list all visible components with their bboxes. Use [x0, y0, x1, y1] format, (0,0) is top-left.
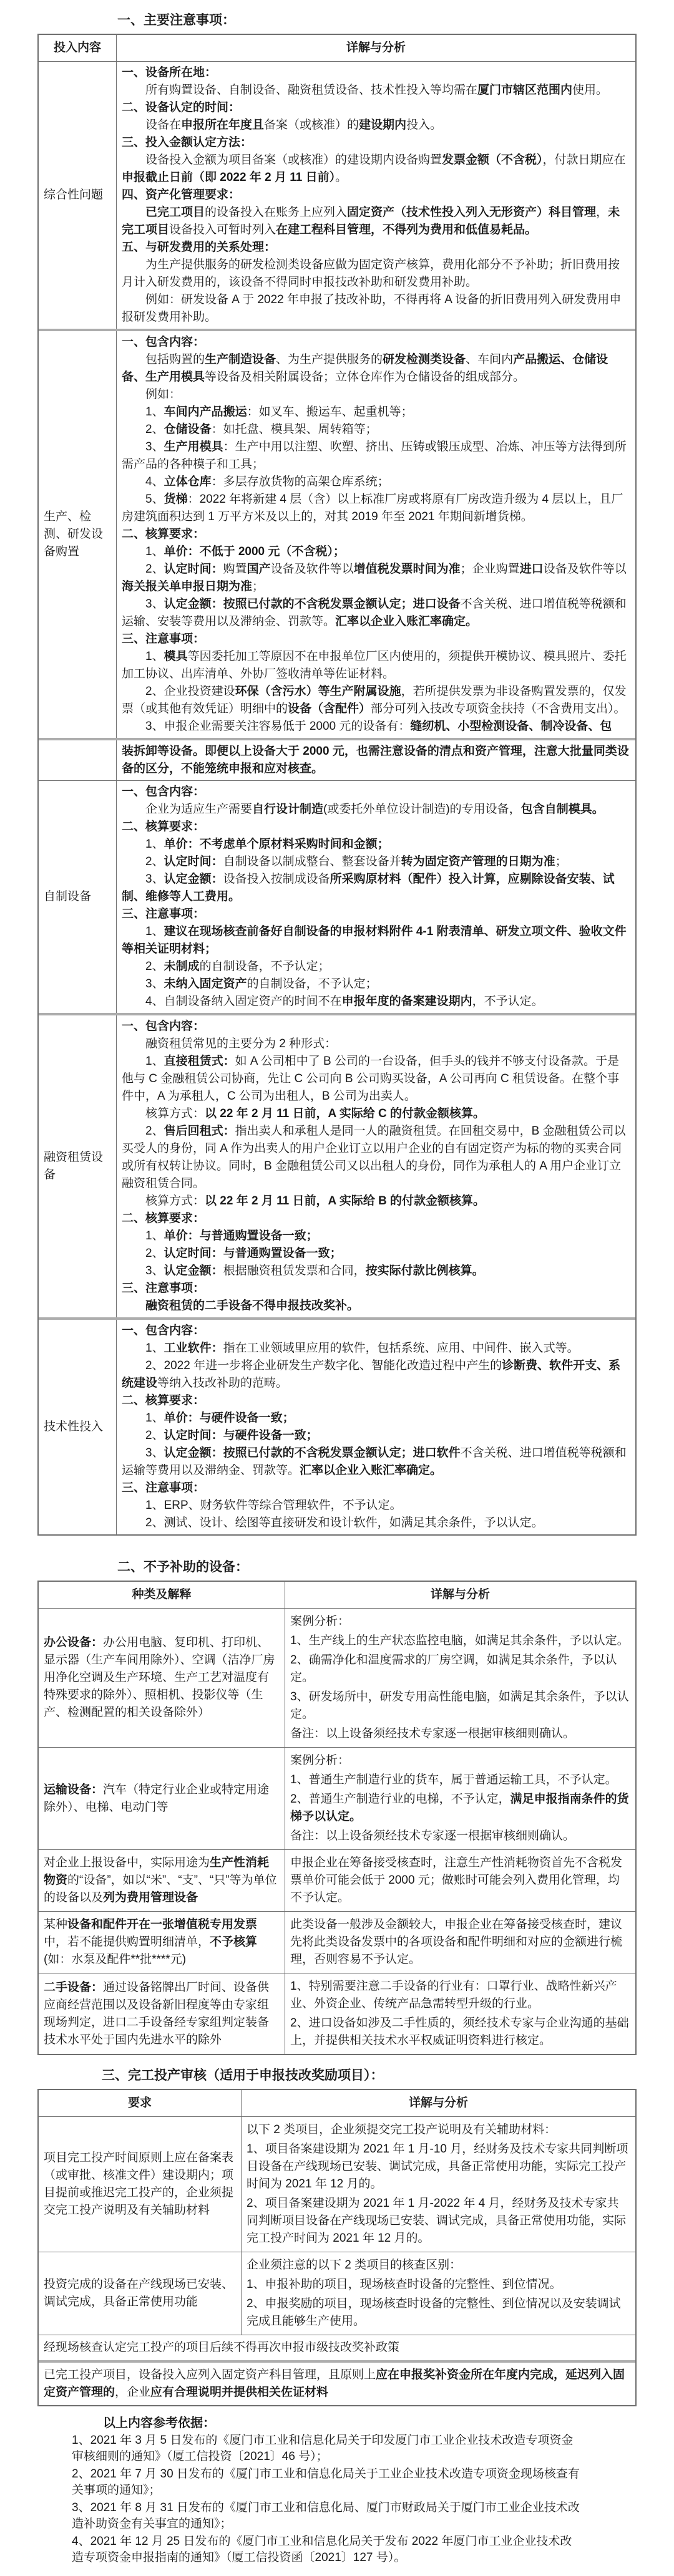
paragraph: 3、认定金额：设备投入按制成设备所采购原材料（配件）投入计算，应剔除设备安装、试…: [122, 871, 630, 906]
paragraph: 3、未纳入固定资产的自制设备，不予认定；: [122, 976, 630, 993]
row-label: [39, 740, 117, 780]
paragraph: 三、注意事项：: [122, 906, 630, 923]
paragraph: 备注：以上设备须经技术专家逐一根据审核细则确认。: [290, 1828, 630, 1845]
row-label: 办公设备：办公用电脑、复印机、打印机、显示器（生产车间用除外）、空调（洁净厂房用…: [39, 1609, 285, 1747]
main-notes-table: 投入内容详解与分析综合性问题一、设备所在地：所有购置设备、自制设备、融资租赁设备…: [37, 34, 637, 1536]
row-label: 融资租赁设备: [39, 1015, 117, 1317]
table-row: 二手设备：通过设备铭牌出厂时间、设备供应商经营范围以及设备新旧程度等由专家组现场…: [39, 1973, 635, 2054]
row-label: 生产、检测、研发设备购置: [39, 331, 117, 738]
paragraph: 一、包含内容：: [122, 1322, 630, 1340]
paragraph: 3、生产用模具：生产中用以注塑、吹塑、挤出、压铸或锻压成型、冶炼、冲压等方法得到…: [122, 438, 630, 473]
paragraph: 融资租赁的二手设备不得申报技改奖补。: [122, 1297, 630, 1315]
paragraph: 投资完成的设备在产线现场已安装、调试完成，具备正常使用功能: [44, 2276, 236, 2311]
paragraph: 一、包含内容：: [122, 783, 630, 801]
table-row: 经现场核查认定完工投产的项目后续不得再次申报市级技改奖补政策: [39, 2335, 635, 2360]
paragraph: 1、ERP、财务软件等综合管理软件，不予认定。: [122, 1497, 630, 1514]
section2-title: 二、不予补助的设备：: [37, 1557, 637, 1576]
paragraph: 项目完工投产时间原则上应在备案表（或审批、核准文件）建设期内；项目提前或推迟完工…: [44, 2149, 236, 2219]
table-row: 融资租赁设备一、包含内容：融资租赁常见的主要分为 2 种形式：1、直接租赁式：如…: [39, 1013, 635, 1317]
row-label: 运输设备：汽车（特定行业企业或特定用途除外）、电梯、电动门等: [39, 1748, 285, 1849]
document-page: 一、主要注意事项： 投入内容详解与分析综合性问题一、设备所在地：所有购置设备、自…: [0, 0, 674, 2576]
column-header: 详解与分析: [285, 1582, 635, 1608]
paragraph: 1、生产线上的生产状态监控电脑，如满足其余条件，予以认定。: [290, 1632, 630, 1650]
paragraph: 2、项目备案建设期为 2021 年 1 月-2022 年 4 月，经财务及技术专…: [247, 2195, 630, 2247]
paragraph: 2、测试、设计、绘图等直接研发和设计软件，如满足其余条件，予以认定。: [122, 1514, 630, 1532]
paragraph: 三、注意事项：: [122, 1479, 630, 1497]
paragraph: 2、普通生产制造行业的电梯，不予认定，满足申报指南条件的货梯予以认定。: [290, 1791, 630, 1826]
completion-review-table: 要求详解与分析项目完工投产时间原则上应在备案表（或审批、核准文件）建设期内；项目…: [37, 2089, 637, 2406]
table-row: 对企业上报设备中，实际用途为生产性消耗物资的“设备”，如以“米”、“支”、“只”…: [39, 1849, 635, 1911]
table-row: 项目完工投产时间原则上应在备案表（或审批、核准文件）建设期内；项目提前或推迟完工…: [39, 2116, 635, 2252]
column-header: 详解与分析: [117, 35, 635, 61]
column-header: 投入内容: [39, 35, 117, 61]
paragraph: 三、投入金额认定方法：: [122, 134, 630, 152]
row-content: 此类设备一般涉及金额较大，申报企业在筹备接受核查时，建议先将此类设备发票中的各项…: [285, 1912, 635, 1973]
paragraph: 运输设备：汽车（特定行业企业或特定用途除外）、电梯、电动门等: [44, 1781, 280, 1816]
row-label: 投资完成的设备在产线现场已安装、调试完成，具备正常使用功能: [39, 2252, 242, 2335]
table-row: 投资完成的设备在产线现场已安装、调试完成，具备正常使用功能企业须注意的以下 2 …: [39, 2252, 635, 2335]
paragraph: 以下 2 类项目，企业须提交完工投产说明及有关辅助材料：: [247, 2121, 630, 2139]
reference-item: 1、2021 年 3 月 5 日发布的《厦门市工业和信息化局关于印发厦门市工业企…: [72, 2433, 584, 2465]
paragraph: 核算方式：以 22 年 2 月 11 日前，A 实际给 C 的付款金额核算。: [122, 1105, 630, 1123]
paragraph: 1、直接租赁式：如 A 公司相中了 B 公司的一台设备，但手头的钱并不够支付设备…: [122, 1053, 630, 1105]
paragraph: 1、建议在现场核查前备好自制设备的申报材料附件 4-1 附表清单、研发立项文件、…: [122, 923, 630, 958]
row-content: 案例分析：1、普通生产制造行业的货车，属于普通运输工具，不予认定。2、普通生产制…: [285, 1748, 635, 1849]
row-label: 二手设备：通过设备铭牌出厂时间、设备供应商经营范围以及设备新旧程度等由专家组现场…: [39, 1973, 285, 2054]
paragraph: 4、自制设备纳入固定资产的时间不在申报年度的备案建设期内，不予认定。: [122, 993, 630, 1010]
paragraph: 1、单价：不考虑单个原材料采购时间和金额；: [122, 836, 630, 853]
paragraph: 二手设备：通过设备铭牌出厂时间、设备供应商经营范围以及设备新旧程度等由专家组现场…: [44, 1979, 280, 2049]
row-content: 1、特别需要注意二手设备的行业有：口罩行业、战略性新兴产业、外资企业、传统产品急…: [285, 1973, 635, 2054]
paragraph: 五、与研发费用的关系处理：: [122, 239, 630, 256]
row-content: 一、包含内容：包括购置的生产制造设备、为生产提供服务的研发检测类设备、车间内产品…: [117, 331, 635, 738]
paragraph: 2、认定时间：购置国产设备及软件等以增值税发票时间为准；企业购置进口设备及软件等…: [122, 561, 630, 596]
paragraph: 2、2022 年进一步将企业研发生产数字化、智能化改造过程中产生的诊断费、软件开…: [122, 1357, 630, 1392]
paragraph: 申报企业在筹备接受核查时，注意生产性消耗物资首先不含税发票单价可能会低于 200…: [290, 1854, 630, 1907]
table-row: 生产、检测、研发设备购置一、包含内容：包括购置的生产制造设备、为生产提供服务的研…: [39, 329, 635, 738]
paragraph: 已完工项目的设备投入在账务上应列入固定资产（技术性投入列入无形资产）科目管理，未…: [122, 204, 630, 239]
full-width-note: 已完工投产项目，设备投入应列入固定资产科目管理，且原则上应在申报奖补资金所在年度…: [39, 2363, 635, 2405]
paragraph: 融资租赁常见的主要分为 2 种形式：: [122, 1035, 630, 1053]
reference-item: 2、2021 年 7 月 30 日发布的《厦门市工业和信息化局关于工业企业技术改…: [72, 2466, 584, 2499]
row-label: 技术性投入: [39, 1320, 117, 1534]
paragraph: 2、确需净化和温度需求的厂房空调，如满足其余条件，予以认定。: [290, 1652, 630, 1687]
paragraph: 二、核算要求：: [122, 1392, 630, 1410]
column-header: 要求: [39, 2090, 242, 2116]
paragraph: 为生产提供服务的研发检测类设备应做为固定资产核算，费用化部分不予补助；折旧费用按…: [122, 256, 630, 291]
paragraph: 2、认定时间：自制设备以制成整台、整套设备并转为固定资产管理的日期为准；: [122, 853, 630, 871]
row-label: 对企业上报设备中，实际用途为生产性消耗物资的“设备”，如以“米”、“支”、“只”…: [39, 1850, 285, 1911]
paragraph: 某种设备和配件开在一张增值税专用发票中，若不能提供购置明细清单，不予核算(如：水…: [44, 1916, 280, 1968]
reference-item: 4、2021 年 12 月 25 日发布的《厦门市工业和信息化局关于发布 202…: [72, 2534, 584, 2566]
paragraph: 1、项目备案建设期为 2021 年 1 月-10 月，经财务及技术专家共同判断项…: [247, 2141, 630, 2193]
paragraph: 2、售后回租式：指出卖人和承租人是同一人的融资租赁。在回租交易中，B 金融租赁公…: [122, 1123, 630, 1193]
paragraph: 二、核算要求：: [122, 526, 630, 543]
paragraph: 二、核算要求：: [122, 1210, 630, 1227]
row-label: 综合性问题: [39, 62, 117, 329]
table-header-row: 投入内容详解与分析: [39, 35, 635, 61]
row-content: 企业须注意的以下 2 类项目的核查区别：1、申报补助的项目，现场核查时设备的完整…: [242, 2252, 635, 2335]
row-content: 案例分析：1、生产线上的生产状态监控电脑，如满足其余条件，予以认定。2、确需净化…: [285, 1609, 635, 1747]
full-width-note: 经现场核查认定完工投产的项目后续不得再次申报市级技改奖补政策: [39, 2335, 635, 2360]
row-label: 项目完工投产时间原则上应在备案表（或审批、核准文件）建设期内；项目提前或推迟完工…: [39, 2117, 242, 2252]
paragraph: 核算方式：以 22 年 2 月 11 日前，A 实际给 B 的付款金额核算。: [122, 1193, 630, 1210]
paragraph: 2、企业投资建设环保（含污水）等生产附属设施，若所提供发票为非设备购置发票的，仅…: [122, 683, 630, 718]
paragraph: 包括购置的生产制造设备、为生产提供服务的研发检测类设备、车间内产品搬运、仓储设备…: [122, 351, 630, 386]
paragraph: 三、注意事项：: [122, 631, 630, 648]
paragraph: 例如：: [122, 386, 630, 404]
paragraph: 3、申报企业需要关注容易低于 2000 元的设备有：缝纫机、小型检测设备、制冷设…: [122, 718, 630, 735]
references-section: 以上内容参考依据： 1、2021 年 3 月 5 日发布的《厦门市工业和信息化局…: [37, 2415, 584, 2566]
paragraph: 3、认定金额：按照已付款的不含税发票金额认定；进口设备不含关税、进口增值税等税额…: [122, 596, 630, 631]
paragraph: 企业为适应生产需要自行设计制造(或委托外单位设计制造)的专用设备，包含自制模具。: [122, 801, 630, 818]
paragraph: 办公设备：办公用电脑、复印机、打印机、显示器（生产车间用除外）、空调（洁净厂房用…: [44, 1634, 280, 1721]
section1-title: 一、主要注意事项：: [37, 10, 637, 29]
paragraph: 案例分析：: [290, 1613, 630, 1630]
column-header: 种类及解释: [39, 1582, 285, 1608]
paragraph: 3、研发场所中，研发专用高性能电脑，如满足其余条件，予以认定。: [290, 1688, 630, 1723]
paragraph: 案例分析：: [290, 1752, 630, 1770]
paragraph: 2、未制成的自制设备，不予认定；: [122, 958, 630, 976]
paragraph: 3、认定金额：按照已付款的不含税发票金额认定；进口软件不含关税、进口增值税等税额…: [122, 1445, 630, 1479]
row-content: 一、包含内容：企业为适应生产需要自行设计制造(或委托外单位设计制造)的专用设备，…: [117, 781, 635, 1013]
table-row: 综合性问题一、设备所在地：所有购置设备、自制设备、融资租赁设备、技术性投入等均需…: [39, 61, 635, 329]
paragraph: 一、设备所在地：: [122, 64, 630, 82]
paragraph: 1、车间内产品搬运：如叉车、搬运车、起重机等；: [122, 404, 630, 421]
paragraph: 3、认定金额：根据融资租赁发票和合同，按实际付款比例核算。: [122, 1262, 630, 1280]
paragraph: 对企业上报设备中，实际用途为生产性消耗物资的“设备”，如以“米”、“支”、“只”…: [44, 1854, 280, 1907]
paragraph: 此类设备一般涉及金额较大，申报企业在筹备接受核查时，建议先将此类设备发票中的各项…: [290, 1916, 630, 1968]
row-content: 一、设备所在地：所有购置设备、自制设备、融资租赁设备、技术性投入等均需在厦门市辖…: [117, 62, 635, 329]
table-row: 自制设备一、包含内容：企业为适应生产需要自行设计制造(或委托外单位设计制造)的专…: [39, 780, 635, 1013]
table-row: 已完工投产项目，设备投入应列入固定资产科目管理，且原则上应在申报奖补资金所在年度…: [39, 2360, 635, 2405]
paragraph: 1、工业软件：指在工业领域里应用的软件，包括系统、应用、中间件、嵌入式等。: [122, 1340, 630, 1357]
row-label: 某种设备和配件开在一张增值税专用发票中，若不能提供购置明细清单，不予核算(如：水…: [39, 1912, 285, 1973]
paragraph: 1、单价：与硬件设备一致；: [122, 1410, 630, 1427]
row-content: 申报企业在筹备接受核查时，注意生产性消耗物资首先不含税发票单价可能会低于 200…: [285, 1850, 635, 1911]
paragraph: 5、货梯：2022 年将新建 4 层（含）以上标准厂房或将原有厂房改造升级为 4…: [122, 491, 630, 526]
paragraph: 设备投入金额为项目备案（或核准）的建设期内设备购置发票金额（不含税），付款日期应…: [122, 152, 630, 186]
column-header: 详解与分析: [242, 2090, 635, 2116]
paragraph: 二、核算要求：: [122, 818, 630, 836]
table-row: 某种设备和配件开在一张增值税专用发票中，若不能提供购置明细清单，不予核算(如：水…: [39, 1911, 635, 1973]
table-row: 办公设备：办公用电脑、复印机、打印机、显示器（生产车间用除外）、空调（洁净厂房用…: [39, 1608, 635, 1747]
non-subsidized-equipment-table: 种类及解释详解与分析办公设备：办公用电脑、复印机、打印机、显示器（生产车间用除外…: [37, 1581, 637, 2055]
paragraph: 一、包含内容：: [122, 334, 630, 351]
paragraph: 2、进口设备如涉及二手性质的，须经技术专家与企业沟通的基础上，并提供相关技术水平…: [290, 2015, 630, 2050]
row-content: 一、包含内容：1、工业软件：指在工业领域里应用的软件，包括系统、应用、中间件、嵌…: [117, 1320, 635, 1534]
paragraph: 2、申报奖励的项目，现场核查时设备的完整性、到位情况以及安装调试完成且能够生产使…: [247, 2295, 630, 2330]
paragraph: 1、单价：与普通购置设备一致；: [122, 1227, 630, 1245]
paragraph: 1、模具等因委托加工等原因不在申报单位厂区内使用的，须提供开模协议、模具照片、委…: [122, 648, 630, 683]
section3-title: 三、完工投产审核（适用于申报技改奖励项目）：: [37, 2065, 637, 2084]
paragraph: 装拆卸等设备。即便以上设备大于 2000 元，也需注意设备的清点和资产管理，注意…: [122, 743, 630, 778]
row-content: 以下 2 类项目，企业须提交完工投产说明及有关辅助材料：1、项目备案建设期为 2…: [242, 2117, 635, 2252]
table-row: 装拆卸等设备。即便以上设备大于 2000 元，也需注意设备的清点和资产管理，注意…: [39, 738, 635, 780]
paragraph: 一、包含内容：: [122, 1018, 630, 1035]
paragraph: 1、普通生产制造行业的货车，属于普通运输工具，不予认定。: [290, 1771, 630, 1789]
paragraph: 四、资产化管理要求：: [122, 186, 630, 204]
paragraph: 三、注意事项：: [122, 1280, 630, 1297]
table-row: 运输设备：汽车（特定行业企业或特定用途除外）、电梯、电动门等案例分析：1、普通生…: [39, 1747, 635, 1849]
row-label: 自制设备: [39, 781, 117, 1013]
reference-item: 3、2021 年 8 月 31 日发布的《厦门市工业和信息化局、厦门市财政局关于…: [72, 2500, 584, 2532]
paragraph: 1、特别需要注意二手设备的行业有：口罩行业、战略性新兴产业、外资企业、传统产品急…: [290, 1978, 630, 2013]
paragraph: 企业须注意的以下 2 类项目的核查区别：: [247, 2257, 630, 2274]
table-row: 技术性投入一、包含内容：1、工业软件：指在工业领域里应用的软件，包括系统、应用、…: [39, 1317, 635, 1534]
paragraph: 例如：研发设备 A 于 2022 年申报了技改补助，不得再将 A 设备的折旧费用…: [122, 291, 630, 326]
paragraph: 备注：以上设备须经技术专家逐一根据审核细则确认。: [290, 1725, 630, 1743]
paragraph: 2、认定时间：与普通购置设备一致；: [122, 1245, 630, 1262]
paragraph: 2、仓储设备：如托盘、模具架、周转箱等；: [122, 421, 630, 438]
paragraph: 二、设备认定的时间：: [122, 99, 630, 117]
paragraph: 设备在申报所在年度且备案（或核准）的建设期内投入。: [122, 117, 630, 134]
paragraph: 1、申报补助的项目，现场核查时设备的完整性、到位情况。: [247, 2276, 630, 2293]
paragraph: 2、认定时间：与硬件设备一致；: [122, 1427, 630, 1445]
table-header-row: 要求详解与分析: [39, 2090, 635, 2116]
paragraph: 4、立体仓库：多层存放货物的高架仓库系统；: [122, 473, 630, 491]
row-content: 一、包含内容：融资租赁常见的主要分为 2 种形式：1、直接租赁式：如 A 公司相…: [117, 1015, 635, 1317]
paragraph: 1、单价：不低于 2000 元（不含税）；: [122, 543, 630, 561]
table-header-row: 种类及解释详解与分析: [39, 1582, 635, 1608]
row-content: 装拆卸等设备。即便以上设备大于 2000 元，也需注意设备的清点和资产管理，注意…: [117, 740, 635, 780]
references-title: 以上内容参考依据：: [72, 2415, 584, 2431]
paragraph: 所有购置设备、自制设备、融资租赁设备、技术性投入等均需在厦门市辖区范围内使用。: [122, 82, 630, 99]
